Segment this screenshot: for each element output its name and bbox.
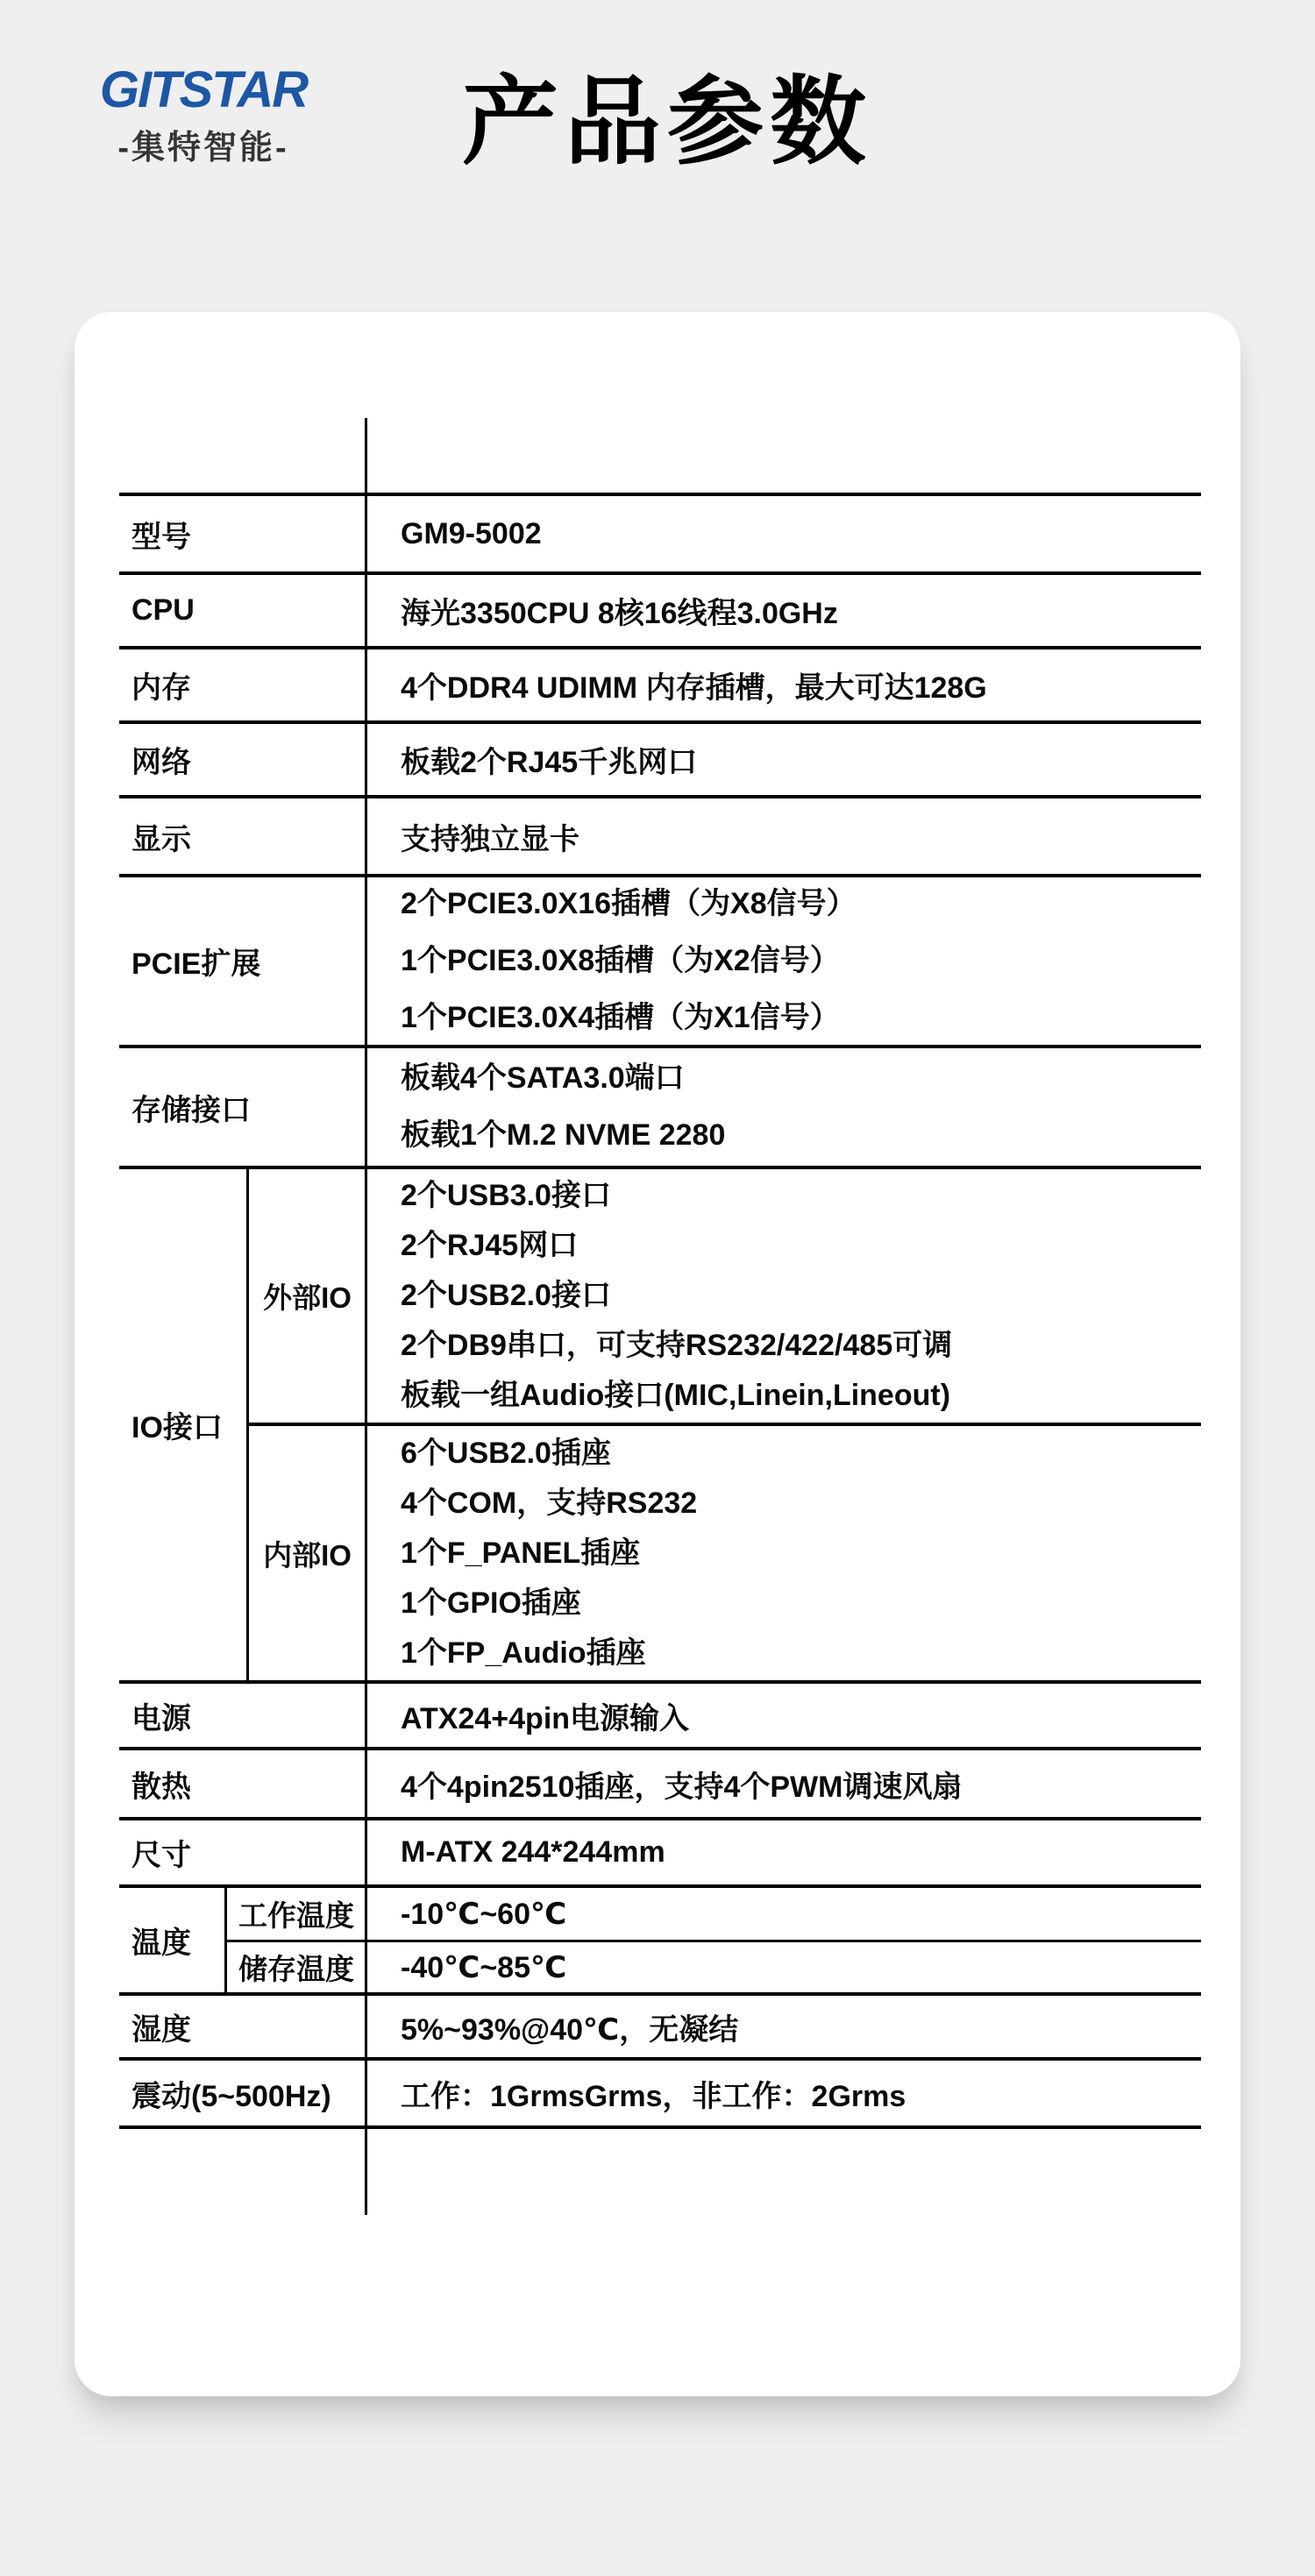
value-line: 2个USB2.0接口 <box>401 1271 1201 1321</box>
row-label: 散热 <box>119 1750 366 1817</box>
row-value: 4个DDR4 UDIMM 内存插槽，最大可达128G <box>366 649 1201 720</box>
row-label: 湿度 <box>119 1996 366 2057</box>
storage-temp-row: 储存温度 -40℃~85℃ <box>227 1940 1201 1992</box>
row-value: ATX24+4pin电源输入 <box>366 1684 1201 1747</box>
value-line: -40℃~85℃ <box>401 1950 1201 1985</box>
value-line: 工作：1GrmsGrms，非工作：2Grms <box>401 2072 1201 2115</box>
sub-row-label: 内部IO <box>249 1426 366 1680</box>
row-value: 支持独立显卡 <box>366 798 1201 874</box>
spec-row-memory: 内存 4个DDR4 UDIMM 内存插槽，最大可达128G <box>119 646 1201 720</box>
value-line: 2个DB9串口，可支持RS232/422/485可调 <box>401 1321 1201 1371</box>
spec-card: 型号 GM9-5002 CPU 海光3350CPU 8核16线程3.0GHz 内… <box>75 312 1240 2396</box>
row-value: -40℃~85℃ <box>366 1942 1201 1992</box>
value-line: 4个4pin2510插座，支持4个PWM调速风扇 <box>401 1763 1201 1806</box>
brand-logo: GITSTAR <box>93 65 314 116</box>
row-value: 6个USB2.0插座 4个COM，支持RS232 1个F_PANEL插座 1个G… <box>366 1426 1201 1680</box>
io-subsection: 外部IO 2个USB3.0接口 2个RJ45网口 2个USB2.0接口 2个DB… <box>246 1169 1201 1680</box>
row-label: 型号 <box>119 496 366 571</box>
brand-tagline: -集特智能- <box>93 131 314 165</box>
value-line: 板载2个RJ45千兆网口 <box>401 738 1201 781</box>
spec-row-storage: 存储接口 板载4个SATA3.0端口 板载1个M.2 NVME 2280 <box>119 1045 1201 1166</box>
row-label: 存储接口 <box>119 1048 366 1166</box>
value-line: GM9-5002 <box>401 517 1201 551</box>
spec-row-dimensions: 尺寸 M-ATX 244*244mm <box>119 1817 1201 1884</box>
row-label: 尺寸 <box>119 1820 366 1884</box>
value-line: 1个FP_Audio插座 <box>401 1629 1201 1678</box>
row-label: CPU <box>119 575 366 646</box>
sub-row-label: 工作温度 <box>227 1888 366 1940</box>
row-label: 温度 <box>119 1888 224 1992</box>
temperature-subsection: 工作温度 -10℃~60℃ 储存温度 -40℃~85℃ <box>224 1888 1201 1992</box>
sub-row-label: 外部IO <box>249 1169 366 1423</box>
value-line: -10℃~60℃ <box>401 1897 1201 1932</box>
row-label: 电源 <box>119 1684 366 1747</box>
row-label: PCIE扩展 <box>119 877 366 1045</box>
row-value: 2个USB3.0接口 2个RJ45网口 2个USB2.0接口 2个DB9串口，可… <box>366 1169 1201 1423</box>
page-title: 产品参数 <box>462 68 872 176</box>
spec-row-power: 电源 ATX24+4pin电源输入 <box>119 1680 1201 1747</box>
row-value: 板载4个SATA3.0端口 板载1个M.2 NVME 2280 <box>366 1048 1201 1166</box>
row-label: 网络 <box>119 724 366 795</box>
row-value: 海光3350CPU 8核16线程3.0GHz <box>366 575 1201 646</box>
value-line: 4个COM，支持RS232 <box>401 1479 1201 1529</box>
row-value: 板载2个RJ45千兆网口 <box>366 724 1201 795</box>
spec-row-cooling: 散热 4个4pin2510插座，支持4个PWM调速风扇 <box>119 1747 1201 1817</box>
value-line: 2个PCIE3.0X16插槽（为X8信号） <box>401 876 1201 933</box>
spec-row-display: 显示 支持独立显卡 <box>119 795 1201 874</box>
spec-section-temperature: 温度 工作温度 -10℃~60℃ 储存温度 -40℃~85℃ <box>119 1884 1201 1992</box>
spec-row-model: 型号 GM9-5002 <box>119 496 1201 571</box>
row-label: 震动(5~500Hz) <box>119 2061 366 2125</box>
spec-row-humidity: 湿度 5%~93%@40℃，无凝结 <box>119 1992 1201 2057</box>
spec-table: 型号 GM9-5002 CPU 海光3350CPU 8核16线程3.0GHz 内… <box>119 493 1201 2129</box>
value-line: 1个F_PANEL插座 <box>401 1529 1201 1579</box>
row-value: 4个4pin2510插座，支持4个PWM调速风扇 <box>366 1750 1201 1817</box>
spec-row-cpu: CPU 海光3350CPU 8核16线程3.0GHz <box>119 571 1201 646</box>
value-line: 板载4个SATA3.0端口 <box>401 1050 1201 1107</box>
io-external-row: 外部IO 2个USB3.0接口 2个RJ45网口 2个USB2.0接口 2个DB… <box>249 1169 1201 1423</box>
spec-sheet-page: GITSTAR -集特智能- 产品参数 型号 GM9-5002 CPU 海光33… <box>0 0 1315 2576</box>
row-value: 5%~93%@40℃，无凝结 <box>366 1996 1201 2057</box>
spec-row-vibration: 震动(5~500Hz) 工作：1GrmsGrms，非工作：2Grms <box>119 2057 1201 2125</box>
column-divider-line <box>365 418 367 2215</box>
value-line: 5%~93%@40℃，无凝结 <box>401 2005 1201 2048</box>
value-line: 板载一组Audio接口(MIC,Linein,Lineout) <box>401 1371 1201 1421</box>
value-line: 1个PCIE3.0X8插槽（为X2信号） <box>401 933 1201 990</box>
io-internal-row: 内部IO 6个USB2.0插座 4个COM，支持RS232 1个F_PANEL插… <box>249 1423 1201 1680</box>
row-value: -10℃~60℃ <box>366 1888 1201 1940</box>
sub-row-label: 储存温度 <box>227 1942 366 1992</box>
row-label: 显示 <box>119 798 366 874</box>
row-label: 内存 <box>119 649 366 720</box>
value-line: 4个DDR4 UDIMM 内存插槽，最大可达128G <box>401 664 1201 706</box>
spec-row-pcie: PCIE扩展 2个PCIE3.0X16插槽（为X8信号） 1个PCIE3.0X8… <box>119 874 1201 1045</box>
value-line: 6个USB2.0插座 <box>401 1429 1201 1479</box>
value-line: 2个USB3.0接口 <box>401 1171 1201 1221</box>
brand-block: GITSTAR -集特智能- <box>93 65 314 165</box>
spec-row-network: 网络 板载2个RJ45千兆网口 <box>119 720 1201 795</box>
value-line: 海光3350CPU 8核16线程3.0GHz <box>401 589 1201 632</box>
value-line: 板载1个M.2 NVME 2280 <box>401 1107 1201 1164</box>
row-label: IO接口 <box>119 1169 246 1680</box>
value-line: ATX24+4pin电源输入 <box>401 1694 1201 1737</box>
value-line: 支持独立显卡 <box>401 815 1201 858</box>
value-line: 1个GPIO插座 <box>401 1579 1201 1629</box>
row-value: GM9-5002 <box>366 496 1201 571</box>
value-line: M-ATX 244*244mm <box>401 1835 1201 1870</box>
value-line: 2个RJ45网口 <box>401 1221 1201 1271</box>
row-value: M-ATX 244*244mm <box>366 1820 1201 1884</box>
operating-temp-row: 工作温度 -10℃~60℃ <box>227 1888 1201 1940</box>
value-line: 1个PCIE3.0X4插槽（为X1信号） <box>401 990 1201 1047</box>
row-value: 2个PCIE3.0X16插槽（为X8信号） 1个PCIE3.0X8插槽（为X2信… <box>366 877 1201 1045</box>
spec-section-io: IO接口 外部IO 2个USB3.0接口 2个RJ45网口 2个USB2.0接口… <box>119 1166 1201 1680</box>
row-value: 工作：1GrmsGrms，非工作：2Grms <box>366 2061 1201 2125</box>
